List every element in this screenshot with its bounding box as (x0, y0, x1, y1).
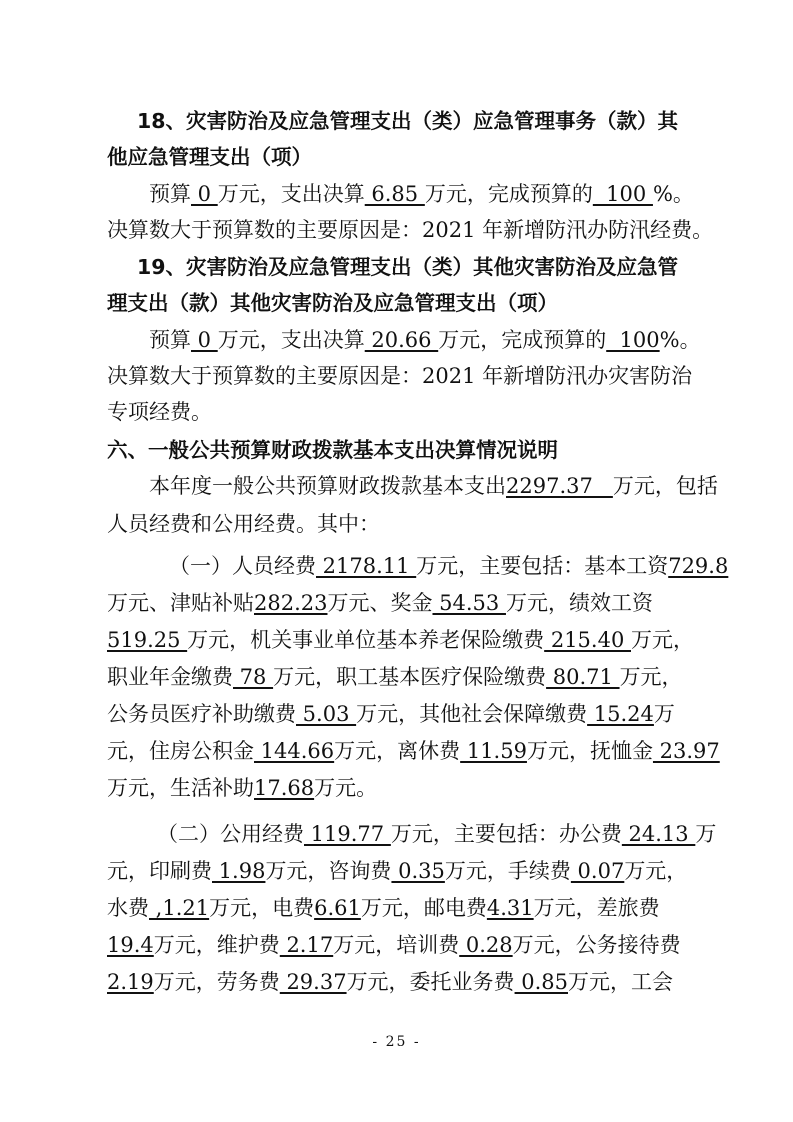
value: 144.66 (254, 739, 334, 763)
label: 万元，委托业务费 (347, 970, 515, 994)
value: 1.98 (212, 859, 265, 883)
label: 万元，完成预算的 (425, 182, 593, 206)
budget-value: 0 (191, 328, 218, 352)
value: 15.24 (587, 702, 654, 726)
section-19-title-line1: 19、灾害防治及应急管理支出（类）其他灾害防治及应急管 (137, 253, 678, 281)
value: 119.77 (304, 822, 391, 846)
personnel-line6: 元，住房公积金 144.66万元，离休费 11.59万元，抚恤金 23.97 (107, 737, 720, 765)
label: 公务员医疗补助缴费 (107, 702, 296, 726)
section-18-budget-line: 预算 0 万元，支出决算 6.85 万元，完成预算的 100 %。 (149, 180, 694, 208)
value: 19.4 (107, 933, 154, 957)
percent-value: 100 (593, 182, 653, 206)
value: 24.13 (622, 822, 695, 846)
value: 23.97 (653, 739, 720, 763)
personnel-line7: 万元，生活补助17.68万元。 (107, 774, 377, 802)
label: 万元，其他社会保障缴费 (356, 702, 587, 726)
label: 万 (654, 702, 675, 726)
label: 万元，生活补助 (107, 776, 254, 800)
section-19-reason-line1: 决算数大于预算数的主要原因是：2021 年新增防汛办灾害防治 (107, 362, 692, 390)
value: 6.61 (314, 896, 361, 920)
section-18-title-line1: 18、灾害防治及应急管理支出（类）应急管理事务（款）其 (137, 107, 678, 135)
value: 2.17 (280, 933, 333, 957)
value: 282.23 (254, 591, 327, 615)
value: ,1.21 (149, 896, 209, 920)
public-line4: 19.4万元，维护费 2.17万元，培训费 0.28万元，公务接待费 (107, 931, 681, 959)
label: 万元，工会 (568, 970, 673, 994)
label: 万元，培训费 (333, 933, 459, 957)
public-line3: 水费 ,1.21万元，电费6.61万元，邮电费4.31万元，差旅费 (107, 894, 660, 922)
label: 元，住房公积金 (107, 739, 254, 763)
public-line1: （二）公用经费 119.77 万元，主要包括：办公费 24.13 万 (157, 820, 716, 848)
label: 万元， (631, 628, 694, 652)
section-18-reason: 决算数大于预算数的主要原因是：2021 年新增防汛办防汛经费。 (107, 216, 713, 244)
personnel-line3: 519.25 万元，机关事业单位基本养老保险缴费 215.40 万元， (107, 626, 694, 654)
value: 0.28 (459, 933, 512, 957)
actual-value: 20.66 (365, 328, 438, 352)
actual-value: 6.85 (365, 182, 425, 206)
label: 万元。 (314, 776, 377, 800)
label: 万元，主要包括：基本工资 (416, 554, 668, 578)
label: 万元，咨询费 (265, 859, 391, 883)
value: 17.68 (254, 776, 314, 800)
label: 本年度一般公共预算财政拨款基本支出 (149, 474, 506, 498)
section-19-budget-line: 预算 0 万元，支出决算 20.66 万元，完成预算的 100%。 (149, 326, 701, 354)
label: 万元，主要包括：办公费 (391, 822, 622, 846)
value: 0.35 (391, 859, 444, 883)
value: 0.07 (571, 859, 624, 883)
label: 万元，抚恤金 (527, 739, 653, 763)
value: 11.59 (460, 739, 527, 763)
section-6-heading: 六、一般公共预算财政拨款基本支出决算情况说明 (107, 436, 558, 464)
public-line5: 2.19万元，劳务费 29.37万元，委托业务费 0.85万元，工会 (107, 968, 673, 996)
value: 78 (233, 665, 273, 689)
label: 预算 (149, 328, 191, 352)
label: %。 (660, 328, 701, 352)
label: 万元，职工基本医疗保险缴费 (273, 665, 546, 689)
label: 万元，支出决算 (218, 328, 365, 352)
label: 万元、津贴补贴 (107, 591, 254, 615)
public-line2: 元，印刷费 1.98万元，咨询费 0.35万元，手续费 0.07万元， (107, 857, 687, 885)
personnel-line4: 职业年金缴费 78 万元，职工基本医疗保险缴费 80.71 万元， (107, 663, 683, 691)
section-18-title-line2: 他应急管理支出（项） (107, 143, 312, 171)
label: 万元，机关事业单位基本养老保险缴费 (187, 628, 544, 652)
value: 29.37 (280, 970, 347, 994)
label: 万元，电费 (209, 896, 314, 920)
value: 0.85 (515, 970, 568, 994)
percent-value: 100 (606, 328, 659, 352)
page-number: - 25 - (0, 1034, 793, 1050)
label: 万元，支出决算 (218, 182, 365, 206)
value: 4.31 (487, 896, 534, 920)
label: 万元，维护费 (154, 933, 280, 957)
label: 万元，邮电费 (361, 896, 487, 920)
label: 万元，绩效工资 (506, 591, 653, 615)
value: 5.03 (296, 702, 356, 726)
section-19-reason-line2: 专项经费。 (107, 398, 212, 426)
label: 预算 (149, 182, 191, 206)
label: %。 (653, 182, 694, 206)
label: 万元，包括 (613, 474, 718, 498)
value: 2178.11 (316, 554, 416, 578)
label: 万 (695, 822, 716, 846)
budget-value: 0 (191, 182, 218, 206)
label: 元，印刷费 (107, 859, 212, 883)
value: 54.53 (432, 591, 505, 615)
label: 万元，公务接待费 (513, 933, 681, 957)
personnel-line5: 公务员医疗补助缴费 5.03 万元，其他社会保障缴费 15.24万 (107, 700, 675, 728)
value: 215.40 (544, 628, 631, 652)
label: （一）人员经费 (169, 554, 316, 578)
label: 万元，完成预算的 (438, 328, 606, 352)
value: 2.19 (107, 970, 154, 994)
total-value: 2297.37 (506, 474, 613, 498)
label: （二）公用经费 (157, 822, 304, 846)
value: 729.8 (668, 554, 728, 578)
label: 万元， (620, 665, 683, 689)
label: 水费 (107, 896, 149, 920)
label: 万元， (624, 859, 687, 883)
label: 万元，手续费 (445, 859, 571, 883)
section-6-intro-line1: 本年度一般公共预算财政拨款基本支出2297.37 万元，包括 (149, 472, 718, 500)
label: 万元，差旅费 (534, 896, 660, 920)
section-6-intro-line2: 人员经费和公用经费。其中： (107, 510, 380, 538)
label: 万元，离休费 (334, 739, 460, 763)
personnel-line1: （一）人员经费 2178.11 万元，主要包括：基本工资729.8 (169, 552, 728, 580)
value: 80.71 (546, 665, 619, 689)
value: 519.25 (107, 628, 187, 652)
label: 职业年金缴费 (107, 665, 233, 689)
label: 万元、奖金 (327, 591, 432, 615)
personnel-line2: 万元、津贴补贴282.23万元、奖金 54.53 万元，绩效工资 (107, 589, 653, 617)
section-19-title-line2: 理支出（款）其他灾害防治及应急管理支出（项） (107, 289, 558, 317)
label: 万元，劳务费 (154, 970, 280, 994)
